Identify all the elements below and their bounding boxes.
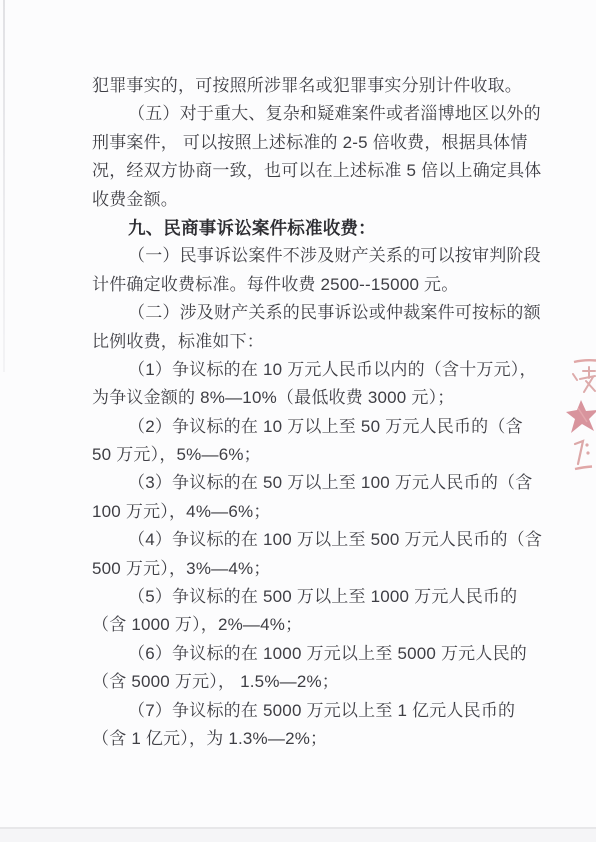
text-line: 况，经双方协商一致，也可以在上述标准 5 倍以上确定具体 [92,157,528,185]
text-line: （2）争议标的在 10 万以上至 50 万元人民币的（含 [92,413,528,441]
scan-edge-artifact-bottom-band [0,829,596,842]
text-line: （含 1 亿元），为 1.3%—2%； [92,725,528,753]
text-line: 100 万元），4%—6%； [92,498,528,526]
text-line: （一）民事诉讼案件不涉及财产关系的可以按审判阶段 [92,242,528,270]
scanned-document-page: 犯罪事实的，可按照所涉罪名或犯罪事实分别计件收取。 （五）对于重大、复杂和疑难案… [0,0,596,842]
text-line: 50 万元），5%—6%； [92,441,528,469]
text-line: 为争议金额的 8%—10%（最低收费 3000 元）； [92,384,528,412]
text-line: （3）争议标的在 50 万以上至 100 万元人民币的（含 [92,469,528,497]
document-text-block: 犯罪事实的，可按照所涉罪名或犯罪事实分别计件收取。 （五）对于重大、复杂和疑难案… [92,72,528,753]
text-line: （二）涉及财产关系的民事诉讼或仲裁案件可按标的额 [92,299,528,327]
text-line: 收费金额。 [92,186,528,214]
text-line: 500 万元），3%—4%； [92,555,528,583]
text-line: 犯罪事实的，可按照所涉罪名或犯罪事实分别计件收取。 [92,72,528,100]
text-line: 刑事案件， 可以按照上述标准的 2-5 倍收费，根据具体情 [92,129,528,157]
text-line: （7）争议标的在 5000 万元以上至 1 亿元人民币的 [92,697,528,725]
text-line: 计件确定收费标准。每件收费 2500--15000 元。 [92,271,528,299]
text-line: （含 5000 万元）， 1.5%—2%； [92,668,528,696]
text-line: （含 1000 万），2%—4%； [92,611,528,639]
text-line: （1）争议标的在 10 万元人民币以内的（含十万元）， [92,356,528,384]
section-heading: 九、民商事诉讼案件标准收费： [92,214,528,242]
official-seal-stamp-icon [560,352,596,478]
text-line: （五）对于重大、复杂和疑难案件或者淄博地区以外的 [92,100,528,128]
text-line: （5）争议标的在 500 万以上至 1000 万元人民币的 [92,583,528,611]
text-line: 比例收费，标准如下： [92,328,528,356]
text-line: （6）争议标的在 1000 万元以上至 5000 万元人民的 [92,640,528,668]
scan-edge-artifact-left [3,0,5,372]
text-line: （4）争议标的在 100 万以上至 500 万元人民币的（含 [92,526,528,554]
